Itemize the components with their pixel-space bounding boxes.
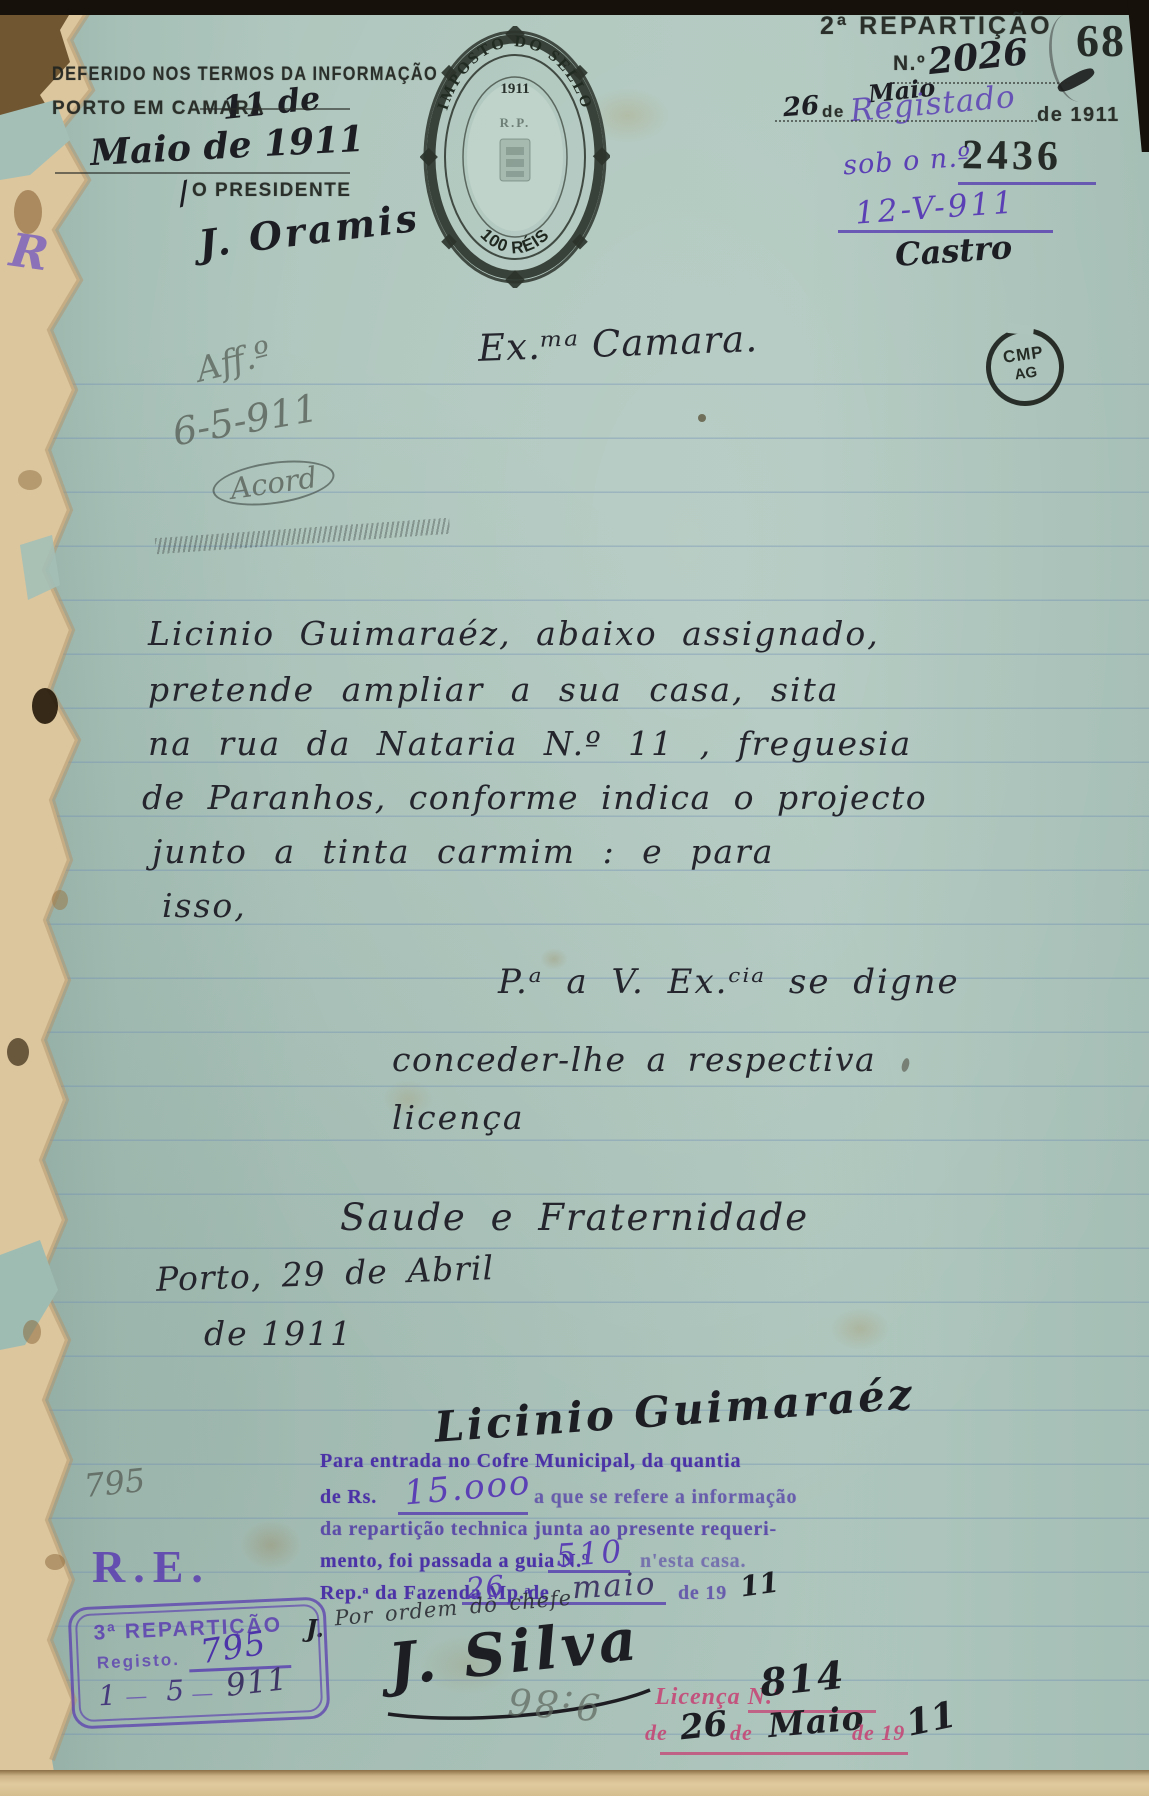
re-mark: R.E.	[92, 1540, 211, 1593]
body-line-5: junto a tinta carmim : e para	[152, 832, 774, 871]
date-day-handwriting: 26	[782, 91, 820, 123]
cofre-year-stamp: de 19	[678, 1582, 727, 1605]
registo-date-d3: 911	[224, 1661, 290, 1704]
imposto-do-sello-stamp: IMPOSTO DO SELLO 1911 R.P. 100 RÉIS	[420, 26, 610, 288]
body-line-1: Licinio Guimaraéz, abaixo assignado,	[148, 614, 880, 653]
pencil-795: 795	[82, 1461, 147, 1505]
licenca-de2: de	[730, 1720, 753, 1746]
cofre-line-4c: n'esta casa.	[640, 1550, 746, 1573]
cofre-month-handwriting: maio	[571, 1566, 657, 1606]
body-line-6: isso,	[162, 886, 247, 925]
deferido-stamp-line4: O PRESIDENTE	[192, 180, 351, 202]
registo-date-sep1: —	[126, 1685, 147, 1709]
cofre-year-handwriting: 11	[738, 1565, 781, 1603]
deferido-line-rule2	[55, 172, 350, 174]
sob-number-stamp: 2436	[962, 131, 1063, 181]
licenca-day-handwriting: 26	[678, 1704, 729, 1749]
body-line-2: pretende ampliar a sua casa, sita	[148, 670, 839, 709]
reparticao2-no-label: N.º	[893, 52, 926, 76]
date-year-stamp: de 1911	[1037, 104, 1120, 127]
red-underline	[660, 1752, 908, 1755]
body-line-3: na rua da Nataria N.º 11 , freguesia	[148, 724, 912, 763]
closing-year: de 1911	[204, 1314, 353, 1353]
closing-salute: Saude e Fraternidade	[340, 1196, 809, 1239]
registo-date-sep2: —	[192, 1682, 213, 1706]
petition-line-3: licença	[392, 1098, 525, 1137]
date-de-stamp: de	[822, 102, 845, 122]
purple-underline	[958, 182, 1096, 185]
body-line-4: de Paranhos, conforme indica o projecto	[142, 778, 927, 817]
petition-line-2: conceder-lhe a respectiva	[392, 1040, 876, 1079]
sello-year: 1911	[500, 81, 529, 97]
cofre-line-3: da repartição technica junta ao presente…	[320, 1518, 777, 1541]
document-page: R DEFERIDO NOS TERMOS DA INFORMAÇÃO PORT…	[0, 0, 1149, 1796]
deferido-stamp-line1: DEFERIDO NOS TERMOS DA INFORMAÇÃO	[52, 64, 438, 86]
registo-date-d1: 1	[98, 1679, 118, 1713]
licenca-de19: de 19	[852, 1720, 905, 1746]
pages-below-edge	[0, 1770, 1149, 1796]
margin-r-mark: R	[6, 223, 51, 282]
stamp-gap	[1007, 323, 1034, 336]
registo-box-stamp: 3ª REPARTIÇÃO Registo. 795 1 — 5 — 911	[67, 1596, 330, 1729]
purple-underline	[398, 1512, 528, 1515]
deferido-line-rule	[200, 108, 350, 110]
dotted-rule	[775, 120, 1037, 122]
pencil-upside-down-note: 9:86	[504, 1679, 602, 1729]
registo-date-d2: 5	[165, 1674, 185, 1708]
cofre-line-1: Para entrada no Cofre Municipal, da quan…	[320, 1450, 741, 1473]
sello-rp: R.P.	[500, 115, 531, 130]
registo-label: Registo.	[96, 1650, 180, 1674]
petition-line-1: P.ᵃ a V. Ex.ᶜⁱᵃ se digne	[498, 962, 960, 1002]
cofre-line-2a: de Rs.	[320, 1486, 377, 1509]
licenca-number-handwriting: 814	[758, 1652, 848, 1706]
cofre-line-2c: a que se refere a informação	[534, 1486, 797, 1509]
licenca-de1: de	[645, 1720, 668, 1746]
